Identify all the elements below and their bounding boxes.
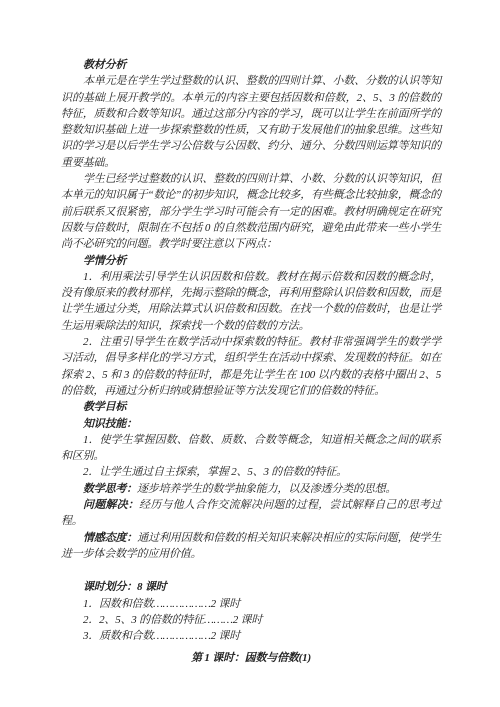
- learning-analysis-point-2: 2．注重引导学生在数学活动中探索数的特征。教材非常强调学生的数学学习活动，倡导多…: [61, 334, 441, 399]
- page-number: 18: [0, 654, 500, 664]
- document-content: 教材分析 本单元是在学生学过整数的认识、整数的四则计算、小数、分数的认识等知识的…: [61, 57, 441, 667]
- problem-solving-label: 问题解决：: [83, 499, 139, 511]
- document-page: 教材分析 本单元是在学生学过整数的认识、整数的四则计算、小数、分数的认识等知识的…: [0, 0, 500, 707]
- knowledge-skills-point-1: 1．使学生掌握因数、倍数、质数、合数等概念，知道相关概念之间的联系和区别。: [61, 432, 441, 465]
- schedule-item-2: 2．2、5、3 的倍数的特征………2 课时: [61, 612, 441, 628]
- material-analysis-paragraph-2: 学生已经学过整数的认识、整数的四则计算、小数、分数的认识等知识，但本单元的知识属…: [61, 171, 441, 252]
- heading-lesson-schedule: 课时划分：8 课时: [61, 579, 441, 595]
- learning-analysis-point-1: 1．利用乘法引导学生认识因数和倍数。教材在揭示倍数和因数的概念时，没有像原来的教…: [61, 269, 441, 334]
- math-thinking-paragraph: 数学思考：逐步培养学生的数学抽象能力，以及渗透分类的思想。: [61, 481, 441, 497]
- knowledge-skills-point-2: 2．让学生通过自主探索，掌握 2、5、3 的倍数的特征。: [61, 464, 441, 480]
- heading-knowledge-skills: 知识技能：: [61, 416, 441, 432]
- math-thinking-label: 数学思考：: [83, 483, 137, 495]
- schedule-item-1: 1．因数和倍数………………2 课时: [61, 596, 441, 612]
- heading-learning-analysis: 学情分析: [61, 253, 441, 269]
- material-analysis-paragraph-1: 本单元是在学生学过整数的认识、整数的四则计算、小数、分数的认识等知识的基础上展开…: [61, 73, 441, 171]
- emotional-attitude-label: 情感态度：: [83, 532, 137, 544]
- math-thinking-text: 逐步培养学生的数学抽象能力，以及渗透分类的思想。: [137, 483, 396, 495]
- heading-teaching-goals: 教学目标: [61, 399, 441, 415]
- problem-solving-paragraph: 问题解决：经历与他人合作交流解决问题的过程，尝试解释自己的思考过程。: [61, 497, 441, 530]
- heading-material-analysis: 教材分析: [61, 57, 441, 73]
- emotional-attitude-paragraph: 情感态度：通过利用因数和倍数的相关知识来解决相应的实际问题，使学生进一步体会数学…: [61, 530, 441, 563]
- schedule-item-3: 3．质数和合数………………2 课时: [61, 628, 441, 644]
